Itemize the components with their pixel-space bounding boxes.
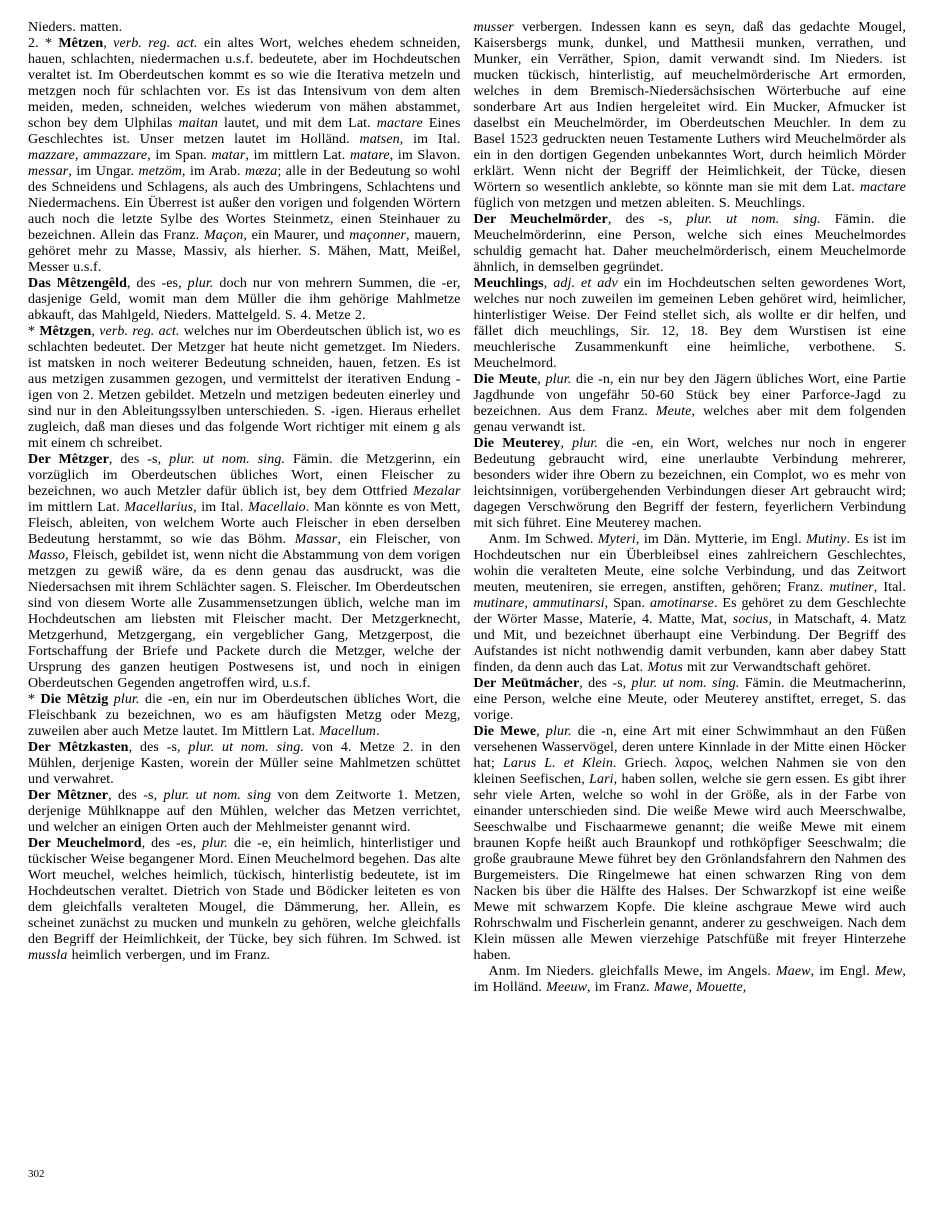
foreign-term: mazzare, ammazzare xyxy=(28,148,147,163)
body-text: , im Arab. xyxy=(182,164,245,179)
body-text: 2. * xyxy=(28,36,58,51)
body-text: , Span. xyxy=(605,596,650,611)
foreign-term: Maew xyxy=(776,964,811,979)
foreign-term: mactare xyxy=(377,116,423,131)
foreign-term: plur. ut nom. sing. xyxy=(686,212,820,227)
body-text: , Fleisch, gebildet ist, wenn nicht die … xyxy=(28,548,461,691)
foreign-term: Mawe, Mouette, xyxy=(654,980,746,995)
entry-headword: Mêtzgen xyxy=(39,324,91,339)
body-text: , des -s, xyxy=(108,788,163,803)
foreign-term: mæza xyxy=(245,164,277,179)
entry-headword: Die Mewe xyxy=(474,724,537,739)
body-text: Nieders. matten. xyxy=(28,20,122,35)
foreign-term: Massar xyxy=(295,532,338,547)
body-text: , des -s, xyxy=(129,740,189,755)
dictionary-entry: Die Meuterey, plur. die -en, ein Wort, w… xyxy=(474,436,907,532)
foreign-term: verb. reg. act. xyxy=(113,36,197,51)
foreign-term: Larus L. et Klein xyxy=(503,756,613,771)
entry-headword: Der Mêtzner xyxy=(28,788,108,803)
foreign-term: Lari xyxy=(589,772,614,787)
body-text: , im Ital. xyxy=(400,132,461,147)
entry-headword: Das Mêtzengêld xyxy=(28,276,127,291)
foreign-term: matare xyxy=(350,148,390,163)
dictionary-entry: * Mêtzgen, verb. reg. act. welches nur i… xyxy=(28,324,461,452)
body-text: Anm. Im Nieders. gleichfalls Mewe, im An… xyxy=(489,964,777,979)
foreign-term: Motus xyxy=(647,660,683,675)
foreign-term: socius xyxy=(733,612,769,627)
dictionary-entry: Der Meuchelmord, des -es, plur. die -e, … xyxy=(28,836,461,964)
entry-headword: Der Meuchelmörder xyxy=(474,212,608,227)
dictionary-entry: musser verbergen. Indessen kann es seyn,… xyxy=(474,20,907,212)
foreign-term: Mezalar xyxy=(413,484,460,499)
body-text: , im Slavon. xyxy=(390,148,461,163)
dictionary-entry: Der Meuchelmörder, des -s, plur. ut nom.… xyxy=(474,212,907,276)
foreign-term: Myteri xyxy=(598,532,636,547)
body-text: , im mittlern Lat. xyxy=(245,148,350,163)
entry-headword: Der Meūtmácher xyxy=(474,676,580,691)
entry-headword: Mêtzen xyxy=(58,36,103,51)
body-text: , des -s, xyxy=(579,676,631,691)
foreign-term: Macellum xyxy=(319,724,376,739)
foreign-term: mutinare, ammutinarsi xyxy=(474,596,605,611)
entry-headword: Die Meute xyxy=(474,372,538,387)
body-text: , haben sollen, welche sie gern essen. E… xyxy=(474,772,907,963)
body-text: , des -es, xyxy=(142,836,203,851)
dictionary-entry: Nieders. matten. xyxy=(28,20,461,36)
foreign-term: plur. xyxy=(546,724,572,739)
dictionary-entry: 2. * Mêtzen, verb. reg. act. ein altes W… xyxy=(28,36,461,276)
body-text: , im Franz. xyxy=(587,980,654,995)
body-text: * xyxy=(28,692,41,707)
dictionary-entry: Der Meūtmácher, des -s, plur. ut nom. si… xyxy=(474,676,907,724)
foreign-term: plur. ut nom. sing xyxy=(164,788,272,803)
dictionary-entry: Die Mewe, plur. die -n, eine Art mit ein… xyxy=(474,724,907,964)
body-text: , des -es, xyxy=(127,276,188,291)
foreign-term: plur. ut nom. sing. xyxy=(188,740,304,755)
body-text: , im Ital. xyxy=(193,500,248,515)
body-text: * xyxy=(28,324,39,339)
foreign-term: metzöm xyxy=(139,164,182,179)
entry-headword: Meuchlings xyxy=(474,276,544,291)
body-text: , im Dän. Mytterie, im Engl. xyxy=(636,532,806,547)
page-number: 302 xyxy=(28,1168,45,1180)
dictionary-entry: Der Mêtzkasten, des -s, plur. ut nom. si… xyxy=(28,740,461,788)
body-text: lautet, und mit dem Lat. xyxy=(218,116,377,131)
foreign-term: plur. xyxy=(114,692,140,707)
dictionary-entry: Das Mêtzengêld, des -es, plur. doch nur … xyxy=(28,276,461,324)
body-text: , Ital. xyxy=(874,580,906,595)
dictionary-entry: Anm. Im Schwed. Myteri, im Dän. Mytterie… xyxy=(474,532,907,676)
foreign-term: plur. xyxy=(546,372,572,387)
foreign-term: maitan xyxy=(179,116,219,131)
dictionary-page: Nieders. matten.2. * Mêtzen, verb. reg. … xyxy=(0,0,935,1210)
foreign-term: mussla xyxy=(28,948,68,963)
foreign-term: Mew xyxy=(875,964,903,979)
dictionary-entry: Die Meute, plur. die -n, ein nur bey den… xyxy=(474,372,907,436)
body-text: mit zur Verwandtschaft gehöret. xyxy=(683,660,871,675)
dictionary-entry: Der Mêtzner, des -s, plur. ut nom. sing … xyxy=(28,788,461,836)
foreign-term: Meeuw xyxy=(546,980,587,995)
body-text: , im Span. xyxy=(147,148,211,163)
foreign-term: Macellarius xyxy=(124,500,193,515)
body-text: , ein Maurer, und xyxy=(243,228,349,243)
body-text: , im Ungar. xyxy=(68,164,138,179)
body-text: , im Engl. xyxy=(811,964,875,979)
foreign-term: matar xyxy=(211,148,245,163)
foreign-term: plur. xyxy=(202,836,228,851)
entry-headword: Der Mêtzger xyxy=(28,452,109,467)
foreign-term: messar xyxy=(28,164,68,179)
foreign-term: amotinarse xyxy=(650,596,714,611)
left-column: Nieders. matten.2. * Mêtzen, verb. reg. … xyxy=(28,20,461,996)
body-text: füglich von metzgen und metzen ableiten.… xyxy=(474,196,806,211)
foreign-term: Meute xyxy=(656,404,691,419)
foreign-term: plur. xyxy=(572,436,598,451)
foreign-term: mactare xyxy=(860,180,906,195)
body-text: heimlich verbergen, und im Franz. xyxy=(68,948,271,963)
body-text: , des -s, xyxy=(608,212,687,227)
body-text: . xyxy=(376,724,380,739)
body-text: , xyxy=(103,36,113,51)
foreign-term: matsen xyxy=(360,132,400,147)
body-text: , xyxy=(536,724,546,739)
dictionary-entry: Der Mêtzger, des -s, plur. ut nom. sing.… xyxy=(28,452,461,692)
foreign-term: mutiner xyxy=(829,580,873,595)
entry-headword: Die Mêtzig xyxy=(41,692,109,707)
foreign-term: adj. et adv xyxy=(553,276,618,291)
body-text: , ein Fleischer, von xyxy=(337,532,460,547)
entry-headword: Der Meuchelmord xyxy=(28,836,142,851)
body-text: die -e, ein heimlich, hinterlistiger und… xyxy=(28,836,461,947)
body-text: verbergen. Indessen kann es seyn, daß da… xyxy=(474,20,907,195)
foreign-term: plur. ut nom. sing. xyxy=(632,676,740,691)
dictionary-entry: Meuchlings, adj. et adv ein im Hochdeuts… xyxy=(474,276,907,372)
dictionary-entry: Anm. Im Nieders. gleichfalls Mewe, im An… xyxy=(474,964,907,996)
foreign-term: maçonner xyxy=(349,228,406,243)
foreign-term: musser xyxy=(474,20,514,35)
foreign-term: plur. ut nom. sing. xyxy=(169,452,285,467)
body-text: , xyxy=(544,276,554,291)
foreign-term: Macellaio xyxy=(248,500,306,515)
body-text: , xyxy=(560,436,572,451)
body-text: , des -s, xyxy=(109,452,169,467)
entry-headword: Die Meuterey xyxy=(474,436,561,451)
foreign-term: Mutiny xyxy=(806,532,846,547)
dictionary-entry: * Die Mêtzig plur. die -en, ein nur im O… xyxy=(28,692,461,740)
body-text: welches nur im Oberdeutschen üblich ist,… xyxy=(28,324,461,451)
foreign-term: plur. xyxy=(188,276,214,291)
body-text: , xyxy=(537,372,545,387)
body-text: im mittlern Lat. xyxy=(28,500,124,515)
foreign-term: verb. reg. act. xyxy=(99,324,179,339)
foreign-term: Maçon xyxy=(204,228,243,243)
text-columns: Nieders. matten.2. * Mêtzen, verb. reg. … xyxy=(28,20,906,996)
body-text: Anm. Im Schwed. xyxy=(489,532,598,547)
entry-headword: Der Mêtzkasten xyxy=(28,740,129,755)
foreign-term: Masso xyxy=(28,548,65,563)
right-column: musser verbergen. Indessen kann es seyn,… xyxy=(474,20,907,996)
